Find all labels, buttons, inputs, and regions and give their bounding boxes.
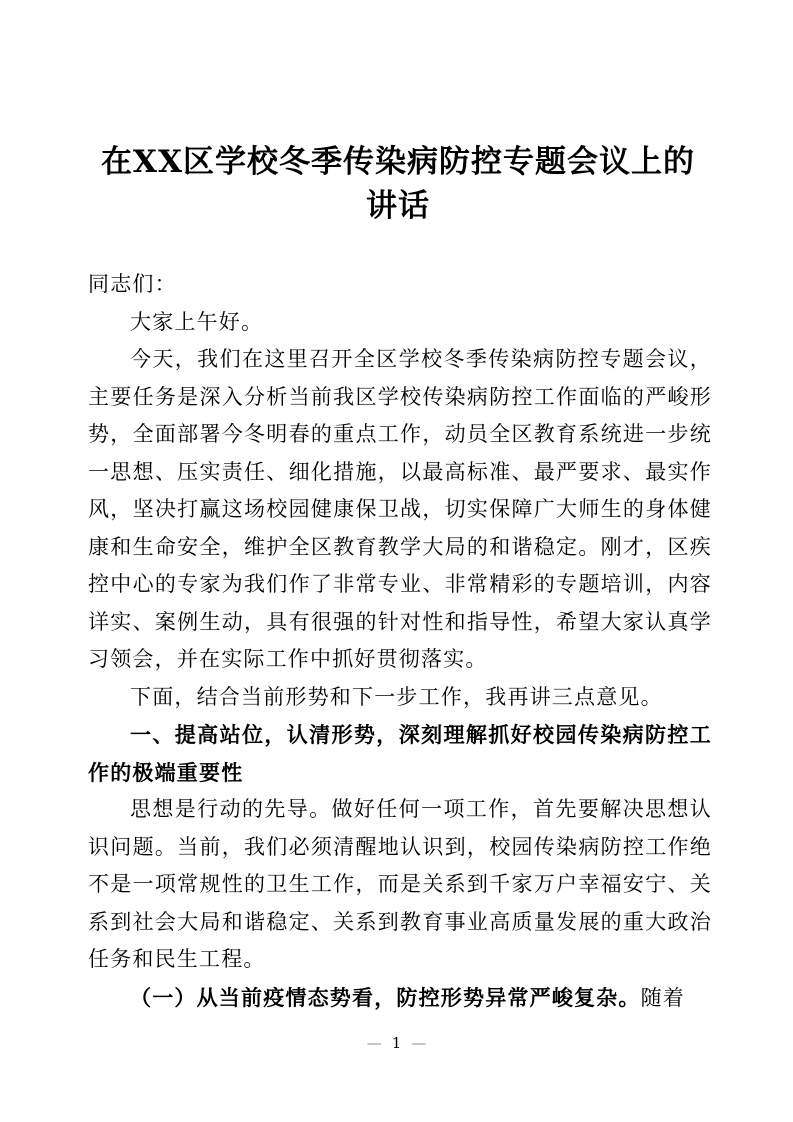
- document-title: 在XX区学校冬季传染病防控专题会议上的讲话: [86, 140, 710, 228]
- paragraph-opening: 今天，我们在这里召开全区学校冬季传染病防控专题会议，主要任务是深入分析当前我区学…: [88, 341, 712, 679]
- paragraph-greeting: 大家上午好。: [88, 304, 712, 342]
- footer-dash-right: —: [409, 1034, 428, 1052]
- document-body: 同志们： 大家上午好。 今天，我们在这里召开全区学校冬季传染病防控专题会议，主要…: [88, 266, 712, 1017]
- subheading-epidemic-situation: （一）从当前疫情态势看，防控形势异常严峻复杂。: [130, 985, 641, 1010]
- salutation: 同志们：: [88, 266, 712, 304]
- paragraph-epidemic-situation: （一）从当前疫情态势看，防控形势异常严峻复杂。随着: [88, 979, 712, 1018]
- paragraph-transition: 下面，结合当前形势和下一步工作，我再讲三点意见。: [88, 679, 712, 717]
- footer-dash-left: —: [365, 1034, 384, 1052]
- section-heading-one: 一、提高站位，认清形势，深刻理解抓好校园传染病防控工作的极端重要性: [88, 716, 712, 791]
- page-footer: —1—: [0, 1032, 793, 1054]
- paragraph-ideology: 思想是行动的先导。做好任何一项工作，首先要解决思想认识问题。当前，我们必须清醒地…: [88, 791, 712, 979]
- page-number: 1: [384, 1034, 410, 1052]
- paragraph-epidemic-situation-text: 随着: [641, 986, 685, 1010]
- document-page: 在XX区学校冬季传染病防控专题会议上的讲话 同志们： 大家上午好。 今天，我们在…: [0, 0, 793, 1122]
